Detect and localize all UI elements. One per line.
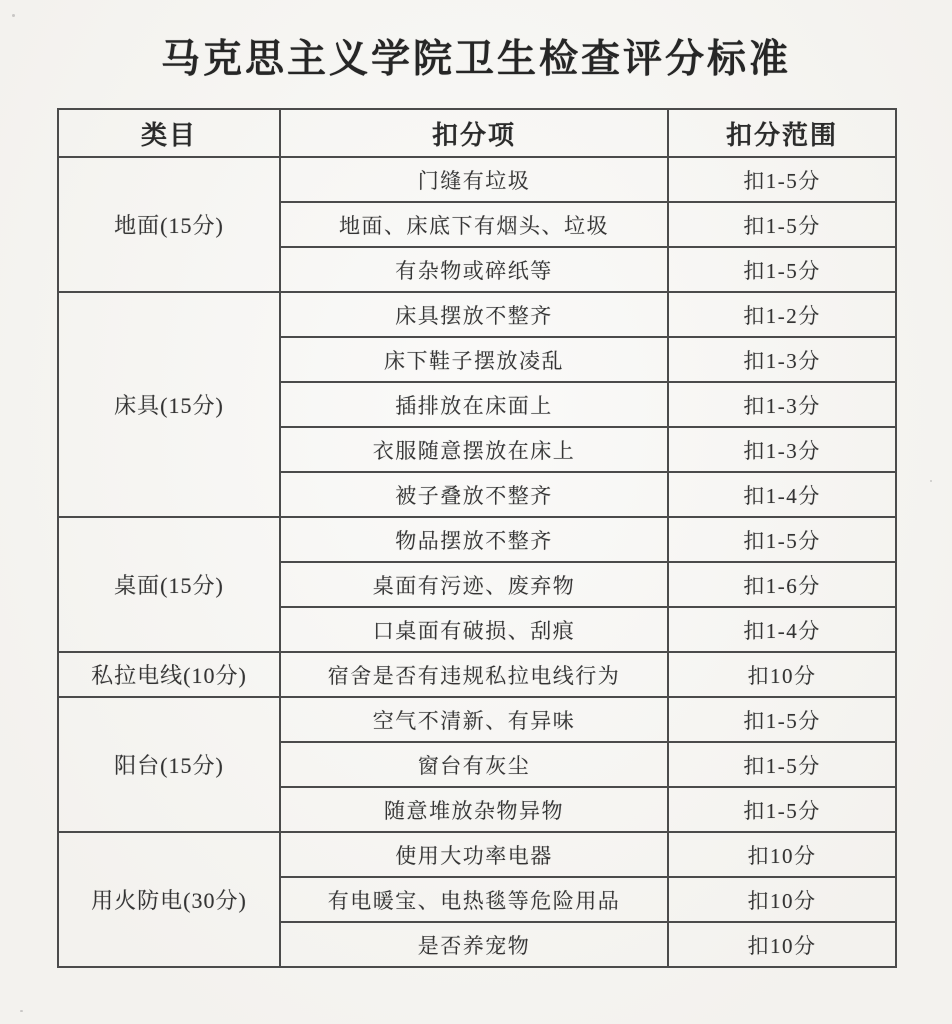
deduction-item-cell: 宿舍是否有违规私拉电线行为	[280, 652, 668, 697]
table-row: 阳台(15分) 空气不清新、有异味 扣1-5分	[58, 697, 896, 742]
deduction-range-cell: 扣1-4分	[668, 607, 896, 652]
category-cell: 桌面(15分)	[58, 517, 280, 652]
deduction-range-cell: 扣1-5分	[668, 247, 896, 292]
deduction-item-cell: 窗台有灰尘	[280, 742, 668, 787]
table-row: 用火防电(30分) 使用大功率电器 扣10分	[58, 832, 896, 877]
header-row: 类目 扣分项 扣分范围	[58, 109, 896, 157]
scan-speck	[12, 14, 15, 17]
category-cell: 地面(15分)	[58, 157, 280, 292]
deduction-item-cell: 床下鞋子摆放凌乱	[280, 337, 668, 382]
table-row: 桌面(15分) 物品摆放不整齐 扣1-5分	[58, 517, 896, 562]
table-row: 床具(15分) 床具摆放不整齐 扣1-2分	[58, 292, 896, 337]
deduction-range-cell: 扣1-5分	[668, 517, 896, 562]
deduction-item-cell: 是否养宠物	[280, 922, 668, 967]
deduction-item-cell: 地面、床底下有烟头、垃圾	[280, 202, 668, 247]
deduction-range-cell: 扣1-5分	[668, 742, 896, 787]
deduction-range-cell: 扣1-5分	[668, 202, 896, 247]
deduction-range-cell: 扣1-3分	[668, 337, 896, 382]
page-title: 马克思主义学院卫生检查评分标准	[0, 0, 952, 84]
deduction-range-cell: 扣10分	[668, 832, 896, 877]
deduction-range-cell: 扣1-3分	[668, 382, 896, 427]
deduction-item-cell: 门缝有垃圾	[280, 157, 668, 202]
deduction-item-cell: 桌面有污迹、废弃物	[280, 562, 668, 607]
deduction-item-cell: 有电暖宝、电热毯等危险用品	[280, 877, 668, 922]
table-row: 地面(15分) 门缝有垃圾 扣1-5分	[58, 157, 896, 202]
deduction-range-cell: 扣1-3分	[668, 427, 896, 472]
deduction-item-cell: 物品摆放不整齐	[280, 517, 668, 562]
scan-speck	[930, 480, 932, 482]
header-deduction-item: 扣分项	[280, 109, 668, 157]
deduction-range-cell: 扣1-2分	[668, 292, 896, 337]
deduction-range-cell: 扣10分	[668, 877, 896, 922]
category-cell: 床具(15分)	[58, 292, 280, 517]
table-row: 私拉电线(10分) 宿舍是否有违规私拉电线行为 扣10分	[58, 652, 896, 697]
deduction-range-cell: 扣1-4分	[668, 472, 896, 517]
scan-speck	[20, 1010, 23, 1012]
category-cell: 阳台(15分)	[58, 697, 280, 832]
deduction-item-cell: 随意堆放杂物异物	[280, 787, 668, 832]
deduction-range-cell: 扣1-5分	[668, 157, 896, 202]
hygiene-score-table: 类目 扣分项 扣分范围 地面(15分) 门缝有垃圾 扣1-5分 地面、床底下有烟…	[57, 108, 897, 968]
deduction-item-cell: 插排放在床面上	[280, 382, 668, 427]
deduction-item-cell: 被子叠放不整齐	[280, 472, 668, 517]
category-cell: 用火防电(30分)	[58, 832, 280, 967]
deduction-range-cell: 扣1-6分	[668, 562, 896, 607]
deduction-item-cell: 衣服随意摆放在床上	[280, 427, 668, 472]
deduction-range-cell: 扣10分	[668, 652, 896, 697]
deduction-range-cell: 扣1-5分	[668, 787, 896, 832]
deduction-item-cell: 有杂物或碎纸等	[280, 247, 668, 292]
header-category: 类目	[58, 109, 280, 157]
deduction-range-cell: 扣10分	[668, 922, 896, 967]
deduction-item-cell: 空气不清新、有异味	[280, 697, 668, 742]
header-deduction-range: 扣分范围	[668, 109, 896, 157]
deduction-item-cell: 使用大功率电器	[280, 832, 668, 877]
deduction-item-cell: 口桌面有破损、刮痕	[280, 607, 668, 652]
deduction-range-cell: 扣1-5分	[668, 697, 896, 742]
deduction-item-cell: 床具摆放不整齐	[280, 292, 668, 337]
category-cell: 私拉电线(10分)	[58, 652, 280, 697]
